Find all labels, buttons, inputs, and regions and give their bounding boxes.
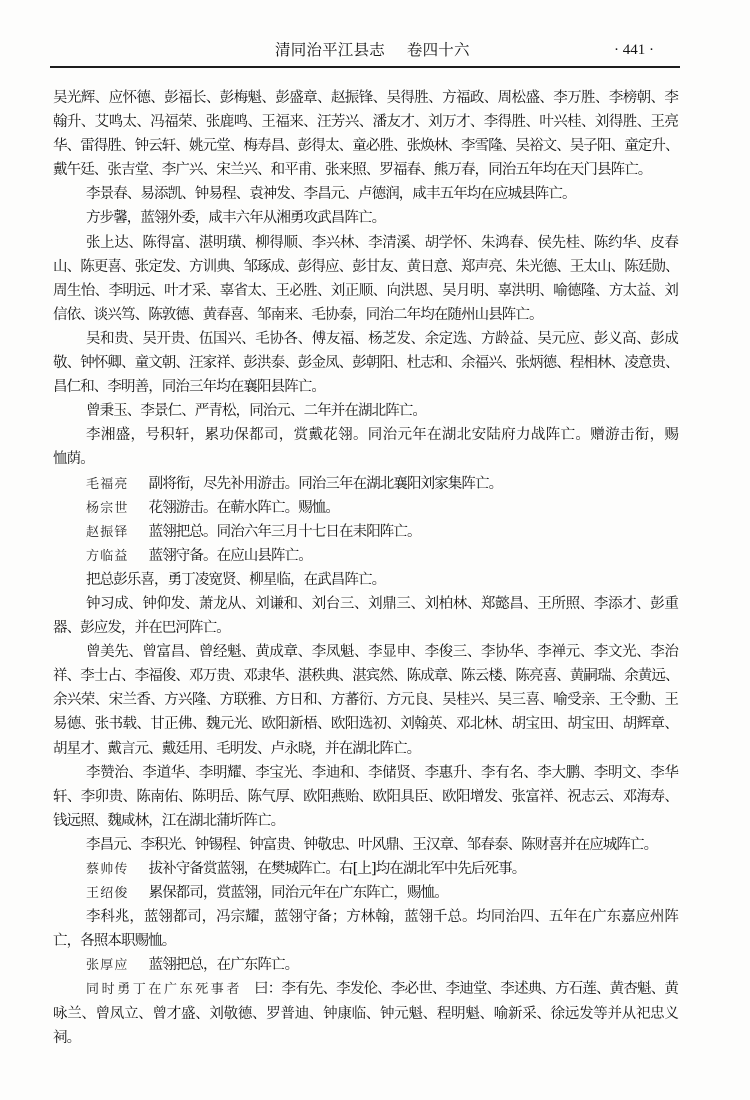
entry-text: 蓝翎把总，在广东阵亡。 <box>149 957 299 973</box>
header-rule <box>50 66 680 68</box>
entry-name-label: 同时勇丁在广东死事者 <box>86 978 242 1002</box>
text-line: 王绍俊累保都司，赏蓝翎，同治元年在广东阵亡，赐恤。 <box>53 881 678 905</box>
entry-text: 花翎游击。在蕲水阵亡。赐恤。 <box>149 500 339 516</box>
text-line: 张上达、陈得富、湛明璜、柳得顺、李兴林、李清溪、胡学怀、朱鸿春、侯先桂、陈约华、… <box>53 231 678 255</box>
entry-text: 副将衔，尽先补用游击。同治三年在湖北襄阳刘家集阵亡。 <box>149 476 503 492</box>
paragraph: 方步馨，蓝翎外委，咸丰六年从湘勇攻武昌阵亡。 <box>53 206 678 230</box>
paragraph: 曾美先、曾富昌、曾经魁、黄成章、李凤魁、李显申、李俊三、李协华、李禅元、李文光、… <box>53 640 678 760</box>
text-line: 李湘盛，号积轩，累功保都司，赏戴花翎。同治元年在湖北安陆府力战阵亡。赠游击衔，赐 <box>53 423 678 447</box>
text-line: 恤荫。 <box>53 447 678 471</box>
paragraph: 曾秉玉、李景仁、严青松，同治元、二年并在湖北阵亡。 <box>53 399 678 423</box>
running-head: 清同治平江县志卷四十六 · 441 · <box>0 40 750 62</box>
paragraph: 方临益蓝翎守备。在应山县阵亡。 <box>53 544 678 568</box>
text-line: 华、雷得胜、钟云轩、姚元堂、梅寿昌、彭得太、童必胜、张焕林、李雪隆、吴裕文、吴子… <box>53 134 678 158</box>
text-line: 赵振铎蓝翎把总。同治六年三月十七日在耒阳阵亡。 <box>53 520 678 544</box>
text-line: 李科兆，蓝翎都司，冯宗耀，蓝翎守备；方林翰，蓝翎千总。均同治四、五年在广东嘉应州… <box>53 905 678 929</box>
paragraph: 赵振铎蓝翎把总。同治六年三月十七日在耒阳阵亡。 <box>53 520 678 544</box>
text-line: 李赞治、李道华、李明耀、李宝光、李迪和、李储贤、李惠升、李有名、李大鹏、李明文、… <box>53 761 678 785</box>
paragraph: 李科兆，蓝翎都司，冯宗耀，蓝翎守备；方林翰，蓝翎千总。均同治四、五年在广东嘉应州… <box>53 905 678 953</box>
entry-name-label: 蔡帅传 <box>86 858 129 882</box>
entry-text: 累保都司，赏蓝翎，同治元年在广东阵亡，赐恤。 <box>149 885 448 901</box>
entry-name-label: 方临益 <box>86 545 129 569</box>
text-line: 敬、钟怀卿、童文朝、汪家祥、彭洪泰、彭金凤、彭朝阳、杜志和、余福兴、张炳德、程相… <box>53 351 678 375</box>
paragraph: 李湘盛，号积轩，累功保都司，赏戴花翎。同治元年在湖北安陆府力战阵亡。赠游击衔，赐… <box>53 423 678 471</box>
paragraph: 同时勇丁在广东死事者曰：李有先、李发伦、李必世、李迪堂、李述典、方石莲、黄杏魁、… <box>53 977 678 1049</box>
paragraph: 李昌元、李积光、钟锡程、钟富贵、钟敬忠、叶风鼎、王汉章、邹春泰、陈财喜并在应城阵… <box>53 833 678 857</box>
text-line: 蔡帅传拔补守备赏蓝翎，在樊城阵亡。右[上]均在湖北军中先后死事。 <box>53 857 678 881</box>
page-body: 吴光辉、应怀德、彭福长、彭梅魁、彭盛章、赵振锋、吴得胜、方福政、周松盛、李万胜、… <box>53 86 678 1050</box>
paragraph: 杨宗世花翎游击。在蕲水阵亡。赐恤。 <box>53 496 678 520</box>
entry-name-label: 杨宗世 <box>86 497 129 521</box>
text-line: 翰升、艾鸣太、冯福荣、张鹿鸣、王福来、汪芳兴、潘友才、刘万才、李得胜、叶兴桂、刘… <box>53 110 678 134</box>
text-line: 咏兰、曾凤立、曾才盛、刘敬德、罗普迪、钟康临、钟元魁、程明魁、喻新采、徐远发等并… <box>53 1002 678 1026</box>
entry-text: 曰：李有先、李发伦、李必世、李迪堂、李述典、方石莲、黄杏魁、黄 <box>254 981 678 997</box>
entry-name-label: 赵振铎 <box>86 521 129 545</box>
entry-text: 蓝翎守备。在应山县阵亡。 <box>149 548 312 564</box>
entry-text: 蓝翎把总。同治六年三月十七日在耒阳阵亡。 <box>149 524 421 540</box>
paragraph: 把总彭乐喜，勇丁凌宽贤、柳星临，在武昌阵亡。 <box>53 568 678 592</box>
paragraph: 毛福亮副将衔，尽先补用游击。同治三年在湖北襄阳刘家集阵亡。 <box>53 472 678 496</box>
book-title: 清同治平江县志 <box>275 41 385 59</box>
text-line: 吴光辉、应怀德、彭福长、彭梅魁、彭盛章、赵振锋、吴得胜、方福政、周松盛、李万胜、… <box>53 86 678 110</box>
entry-name-label: 毛福亮 <box>86 473 129 497</box>
paragraph: 蔡帅传拔补守备赏蓝翎，在樊城阵亡。右[上]均在湖北军中先后死事。 <box>53 857 678 881</box>
text-line: 余兴荣、宋兰香、方兴隆、方联雅、方日和、方蕃衍、方元良、吴桂兴、吴三喜、喻受亲、… <box>53 688 678 712</box>
text-line: 曾秉玉、李景仁、严青松，同治元、二年并在湖北阵亡。 <box>53 399 678 423</box>
paragraph: 张厚应蓝翎把总，在广东阵亡。 <box>53 953 678 977</box>
book-title-header: 清同治平江县志卷四十六 <box>275 40 470 60</box>
paragraph: 吴光辉、应怀德、彭福长、彭梅魁、彭盛章、赵振锋、吴得胜、方福政、周松盛、李万胜、… <box>53 86 678 182</box>
text-line: 器、彭应发，并在巴河阵亡。 <box>53 616 678 640</box>
paragraph: 张上达、陈得富、湛明璜、柳得顺、李兴林、李清溪、胡学怀、朱鸿春、侯先桂、陈约华、… <box>53 231 678 327</box>
text-line: 李景春、易添凯、钟易程、袁神发、李昌元、卢德润，咸丰五年均在应城县阵亡。 <box>53 182 678 206</box>
text-line: 张厚应蓝翎把总，在广东阵亡。 <box>53 953 678 977</box>
entry-name-label: 王绍俊 <box>86 882 129 906</box>
text-line: 信依、谈兴笃、陈敦德、黄春喜、邹南来、毛协泰，同治二年均在随州山县阵亡。 <box>53 303 678 327</box>
text-line: 毛福亮副将衔，尽先补用游击。同治三年在湖北襄阳刘家集阵亡。 <box>53 472 678 496</box>
volume-label: 卷四十六 <box>407 41 470 59</box>
text-line: 钟习成、钟仰发、萧龙从、刘谦和、刘台三、刘鼎三、刘柏林、郑懿昌、王所照、李添才、… <box>53 592 678 616</box>
text-line: 把总彭乐喜，勇丁凌宽贤、柳星临，在武昌阵亡。 <box>53 568 678 592</box>
paragraph: 钟习成、钟仰发、萧龙从、刘谦和、刘台三、刘鼎三、刘柏林、郑懿昌、王所照、李添才、… <box>53 592 678 640</box>
text-line: 亡，各照本职赐恤。 <box>53 929 678 953</box>
text-line: 胡星才、戴言元、戴廷用、毛明发、卢永晓，并在湖北阵亡。 <box>53 737 678 761</box>
page-number: · 441 · <box>614 40 654 60</box>
text-line: 李昌元、李积光、钟锡程、钟富贵、钟敬忠、叶风鼎、王汉章、邹春泰、陈财喜并在应城阵… <box>53 833 678 857</box>
text-line: 周生怡、李明远、叶才采、辜省太、王必胜、刘正顺、向洪恩、吴月明、辜洪明、喻德隆、… <box>53 279 678 303</box>
text-line: 方步馨，蓝翎外委，咸丰六年从湘勇攻武昌阵亡。 <box>53 206 678 230</box>
paragraph: 李赞治、李道华、李明耀、李宝光、李迪和、李储贤、李惠升、李有名、李大鹏、李明文、… <box>53 761 678 833</box>
entry-text: 拔补守备赏蓝翎，在樊城阵亡。右[上]均在湖北军中先后死事。 <box>149 861 526 877</box>
paragraph: 李景春、易添凯、钟易程、袁神发、李昌元、卢德润，咸丰五年均在应城县阵亡。 <box>53 182 678 206</box>
text-line: 曾美先、曾富昌、曾经魁、黄成章、李凤魁、李显申、李俊三、李协华、李禅元、李文光、… <box>53 640 678 664</box>
text-line: 方临益蓝翎守备。在应山县阵亡。 <box>53 544 678 568</box>
text-line: 同时勇丁在广东死事者曰：李有先、李发伦、李必世、李迪堂、李述典、方石莲、黄杏魁、… <box>53 977 678 1001</box>
text-line: 昌仁和、李明善，同治三年均在襄阳县阵亡。 <box>53 375 678 399</box>
text-line: 山、陈更喜、张定发、方训典、邹琢成、彭得应、彭甘友、黄日意、郑声亮、朱光德、王太… <box>53 255 678 279</box>
text-line: 吴和贵、吴开贵、伍国兴、毛协各、傅友福、杨芝发、余定选、方龄益、吴元应、彭义高、… <box>53 327 678 351</box>
text-line: 易德、张书载、甘正佛、魏元光、欧阳新梧、欧阳选初、刘翰英、邓北林、胡宝田、胡宝田… <box>53 712 678 736</box>
text-line: 钱远照、魏咸林，江在湖北蒲圻阵亡。 <box>53 809 678 833</box>
text-line: 祥、李士占、李福俊、邓万贵、邓隶华、湛秩典、湛宾然、陈成章、陈云楼、陈亮喜、黄嗣… <box>53 664 678 688</box>
text-line: 戴午廷、张吉堂、李广兴、宋兰兴、和平甫、张来照、罗福春、熊万春，同治五年均在天门… <box>53 158 678 182</box>
text-line: 杨宗世花翎游击。在蕲水阵亡。赐恤。 <box>53 496 678 520</box>
entry-name-label: 张厚应 <box>86 954 129 978</box>
paragraph: 王绍俊累保都司，赏蓝翎，同治元年在广东阵亡，赐恤。 <box>53 881 678 905</box>
paragraph: 吴和贵、吴开贵、伍国兴、毛协各、傅友福、杨芝发、余定选、方龄益、吴元应、彭义高、… <box>53 327 678 399</box>
text-line: 祠。 <box>53 1026 678 1050</box>
text-line: 轩、李卯贵、陈南佑、陈明岳、陈气厚、欧阳燕贻、欧阳具臣、欧阳增发、张富祥、祝志云… <box>53 785 678 809</box>
